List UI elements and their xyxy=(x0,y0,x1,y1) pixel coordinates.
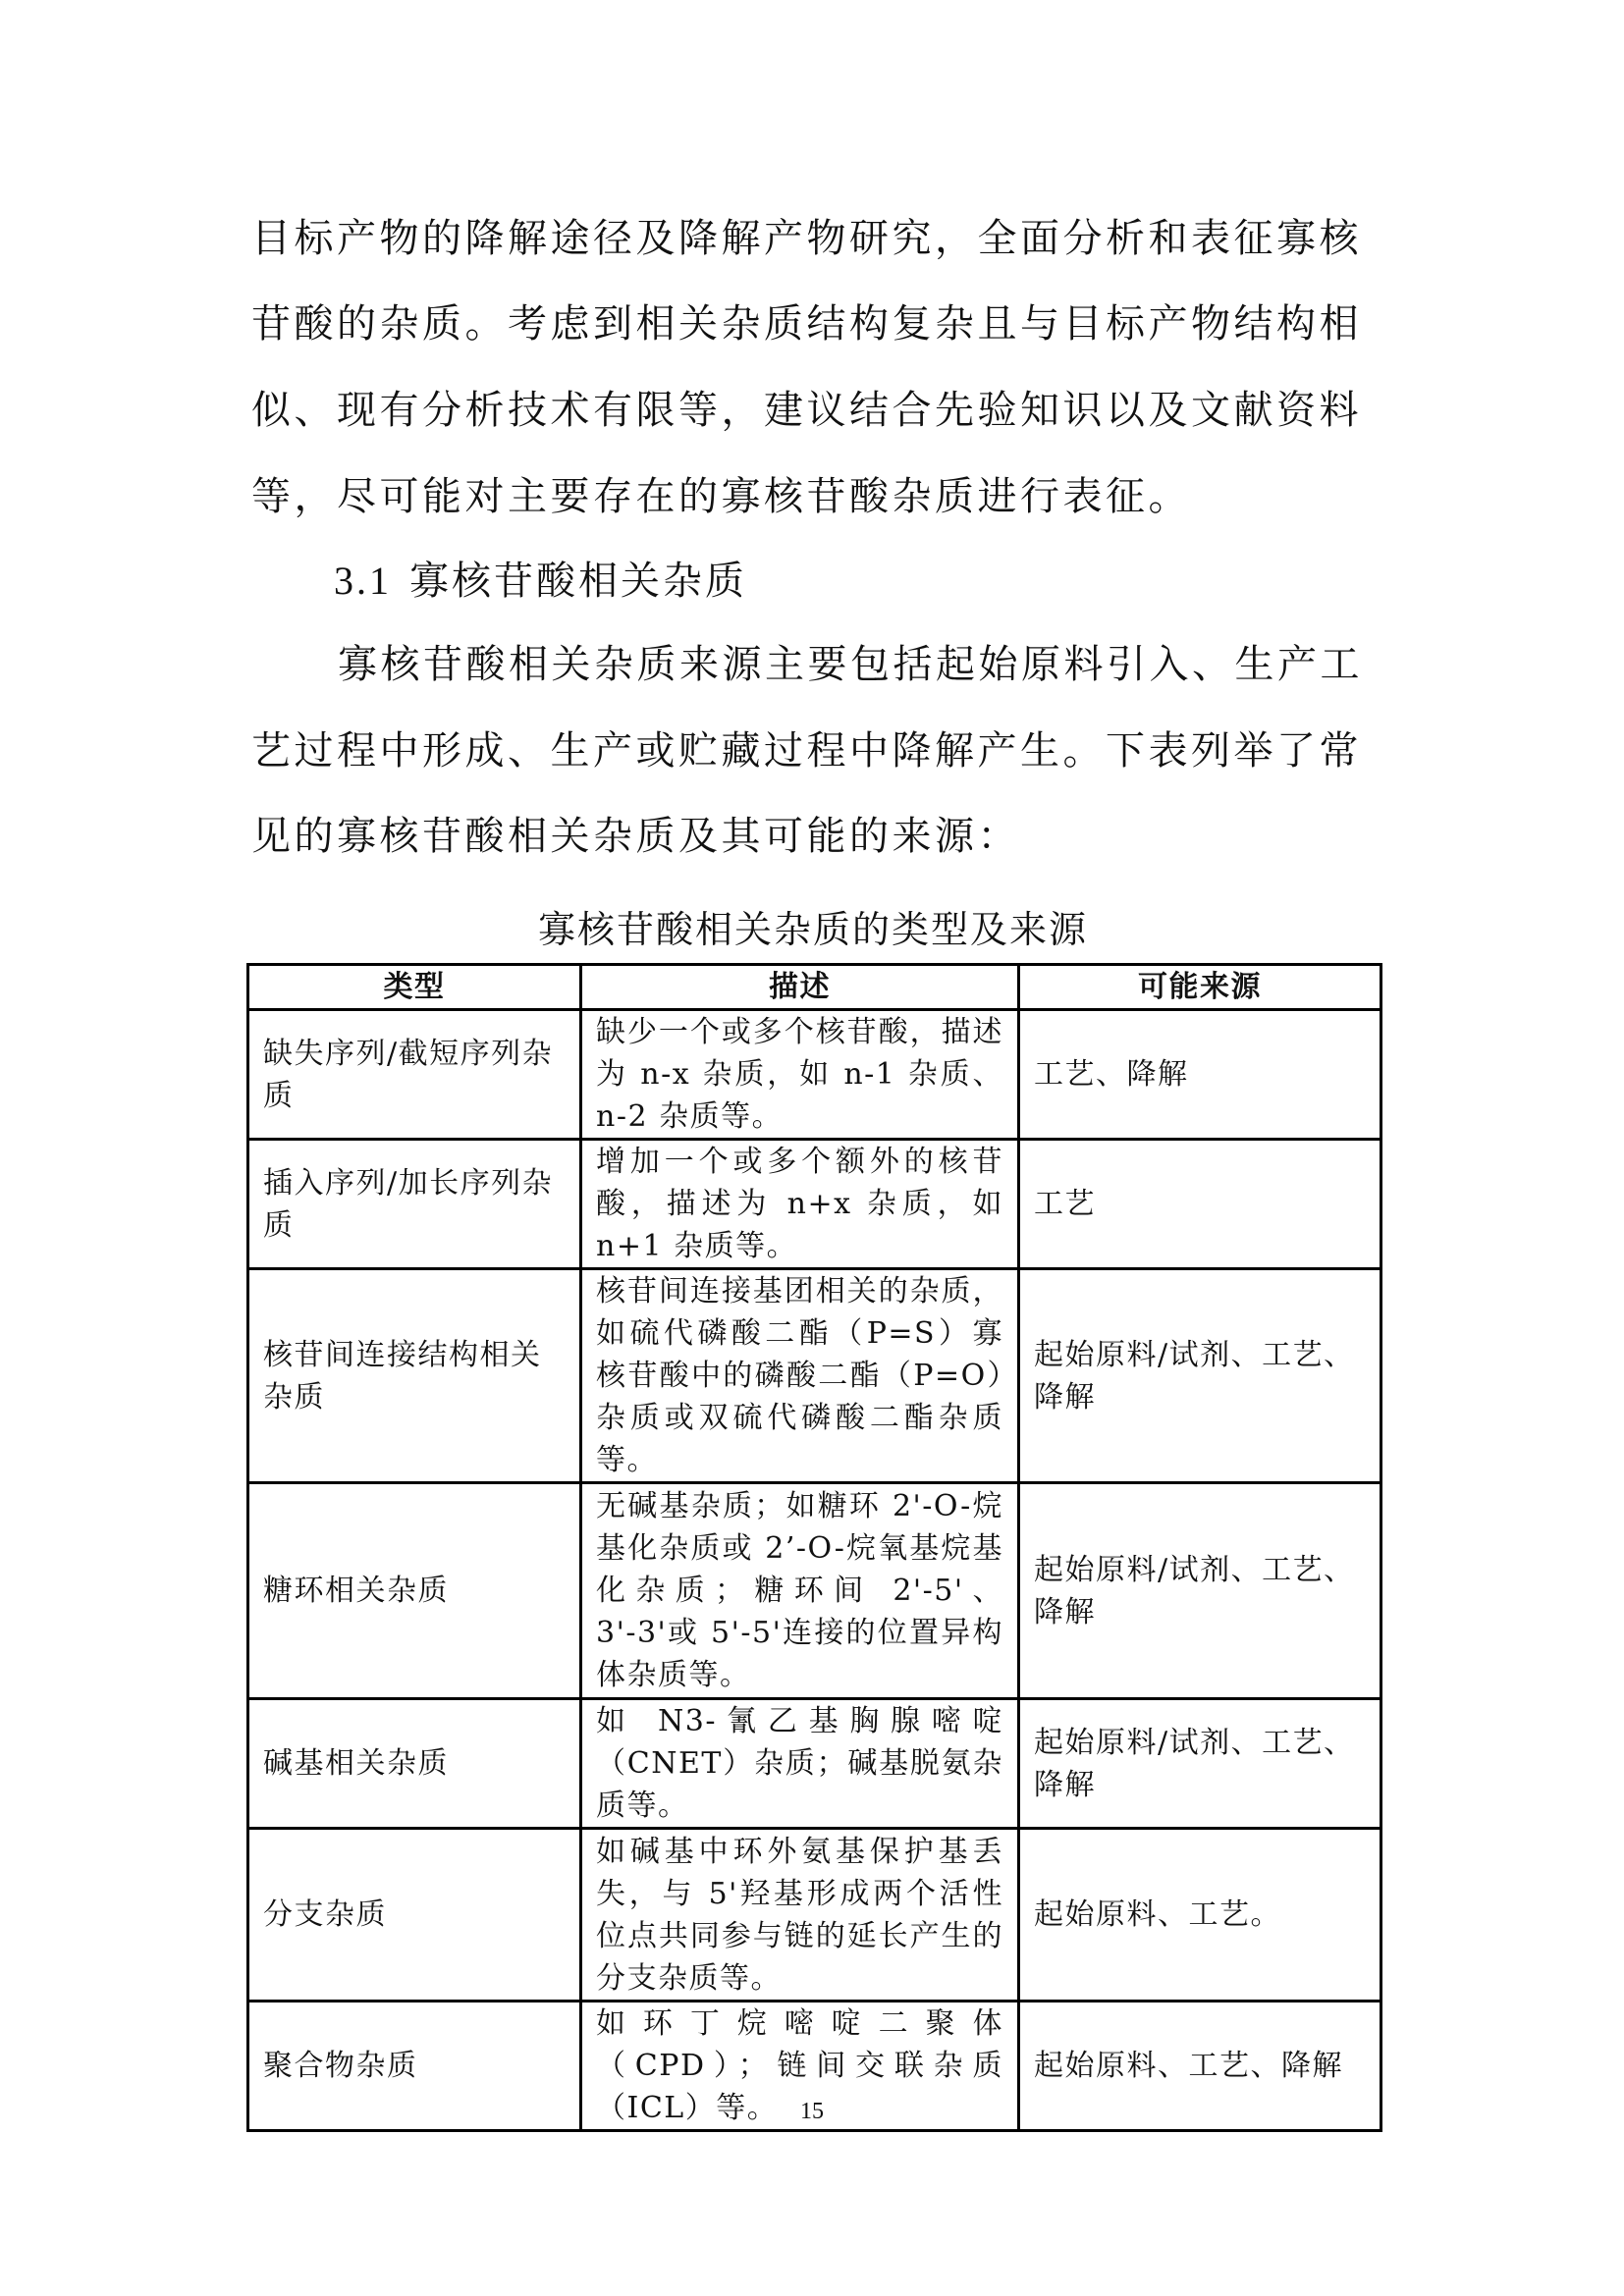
table-row: 分支杂质 如碱基中环外氨基保护基丢失，与 5'羟基形成两个活性位点共同参与链的延… xyxy=(248,1829,1381,2002)
cell-source: 起始原料/试剂、工艺、降解 xyxy=(1019,1269,1381,1483)
cell-description: 增加一个或多个额外的核苷酸，描述为 n+x 杂质，如 n+1 杂质等。 xyxy=(581,1140,1019,1269)
section-number: 3.1 xyxy=(334,559,392,603)
table-row: 缺失序列/截短序列杂质 缺少一个或多个核苷酸，描述为 n-x 杂质，如 n-1 … xyxy=(248,1010,1381,1140)
table-row: 核苷间连接结构相关杂质 核苷间连接基团相关的杂质，如硫代磷酸二酯（P=S）寡核苷… xyxy=(248,1269,1381,1483)
cell-type: 糖环相关杂质 xyxy=(248,1483,581,1699)
cell-description: 如碱基中环外氨基保护基丢失，与 5'羟基形成两个活性位点共同参与链的延长产生的分… xyxy=(581,1829,1019,2002)
paragraph-line: 见的寡核苷酸相关杂质及其可能的来源： xyxy=(251,793,1380,880)
cell-type: 插入序列/加长序列杂质 xyxy=(248,1140,581,1269)
cell-type: 缺失序列/截短序列杂质 xyxy=(248,1010,581,1140)
table-header-row: 类型 描述 可能来源 xyxy=(248,965,1381,1010)
paragraph-line: 寡核苷酸相关杂质来源主要包括起始原料引入、生产工 xyxy=(338,621,1379,708)
paragraph-line: 苷酸的杂质。考虑到相关杂质结构复杂且与目标产物结构相 xyxy=(251,281,1380,367)
cell-source: 起始原料/试剂、工艺、降解 xyxy=(1019,1699,1381,1829)
header-description: 描述 xyxy=(581,965,1019,1010)
table-row: 插入序列/加长序列杂质 增加一个或多个额外的核苷酸，描述为 n+x 杂质，如 n… xyxy=(248,1140,1381,1269)
cell-source: 工艺 xyxy=(1019,1140,1381,1269)
cell-description: 核苷间连接基团相关的杂质，如硫代磷酸二酯（P=S）寡核苷酸中的磷酸二酯（P=O）… xyxy=(581,1269,1019,1483)
section-title: 寡核苷酸相关杂质 xyxy=(409,559,747,604)
cell-source: 工艺、降解 xyxy=(1019,1010,1381,1140)
cell-type: 分支杂质 xyxy=(248,1829,581,2002)
page-number: 15 xyxy=(0,2097,1624,2126)
cell-description: 缺少一个或多个核苷酸，描述为 n-x 杂质，如 n-1 杂质、n-2 杂质等。 xyxy=(581,1010,1019,1140)
cell-type: 碱基相关杂质 xyxy=(248,1699,581,1829)
paragraph-line: 艺过程中形成、生产或贮藏过程中降解产生。下表列举了常 xyxy=(251,708,1380,794)
impurity-table: 类型 描述 可能来源 缺失序列/截短序列杂质 缺少一个或多个核苷酸，描述为 n-… xyxy=(246,963,1382,2132)
table-row: 糖环相关杂质 无碱基杂质；如糖环 2'-O-烷基化杂质或 2’-O-烷氧基烷基化… xyxy=(248,1483,1381,1699)
header-source: 可能来源 xyxy=(1019,965,1381,1010)
paragraph-line: 似、现有分析技术有限等，建议结合先验知识以及文献资料 xyxy=(251,367,1380,454)
cell-description: 如 N3-氰乙基胸腺嘧啶（CNET）杂质；碱基脱氨杂质等。 xyxy=(581,1699,1019,1829)
cell-type: 核苷间连接结构相关杂质 xyxy=(248,1269,581,1483)
cell-description: 无碱基杂质；如糖环 2'-O-烷基化杂质或 2’-O-烷氧基烷基化杂质；糖环间 … xyxy=(581,1483,1019,1699)
section-heading: 3.1寡核苷酸相关杂质 xyxy=(334,538,747,624)
header-type: 类型 xyxy=(248,965,581,1010)
paragraph-line: 目标产物的降解途径及降解产物研究，全面分析和表征寡核 xyxy=(251,195,1380,282)
cell-source: 起始原料、工艺。 xyxy=(1019,1829,1381,2002)
table-caption: 寡核苷酸相关杂质的类型及来源 xyxy=(246,905,1380,954)
cell-source: 起始原料/试剂、工艺、降解 xyxy=(1019,1483,1381,1699)
table-row: 碱基相关杂质 如 N3-氰乙基胸腺嘧啶（CNET）杂质；碱基脱氨杂质等。 起始原… xyxy=(248,1699,1381,1829)
paragraph-line: 等，尽可能对主要存在的寡核苷酸杂质进行表征。 xyxy=(251,454,1380,540)
